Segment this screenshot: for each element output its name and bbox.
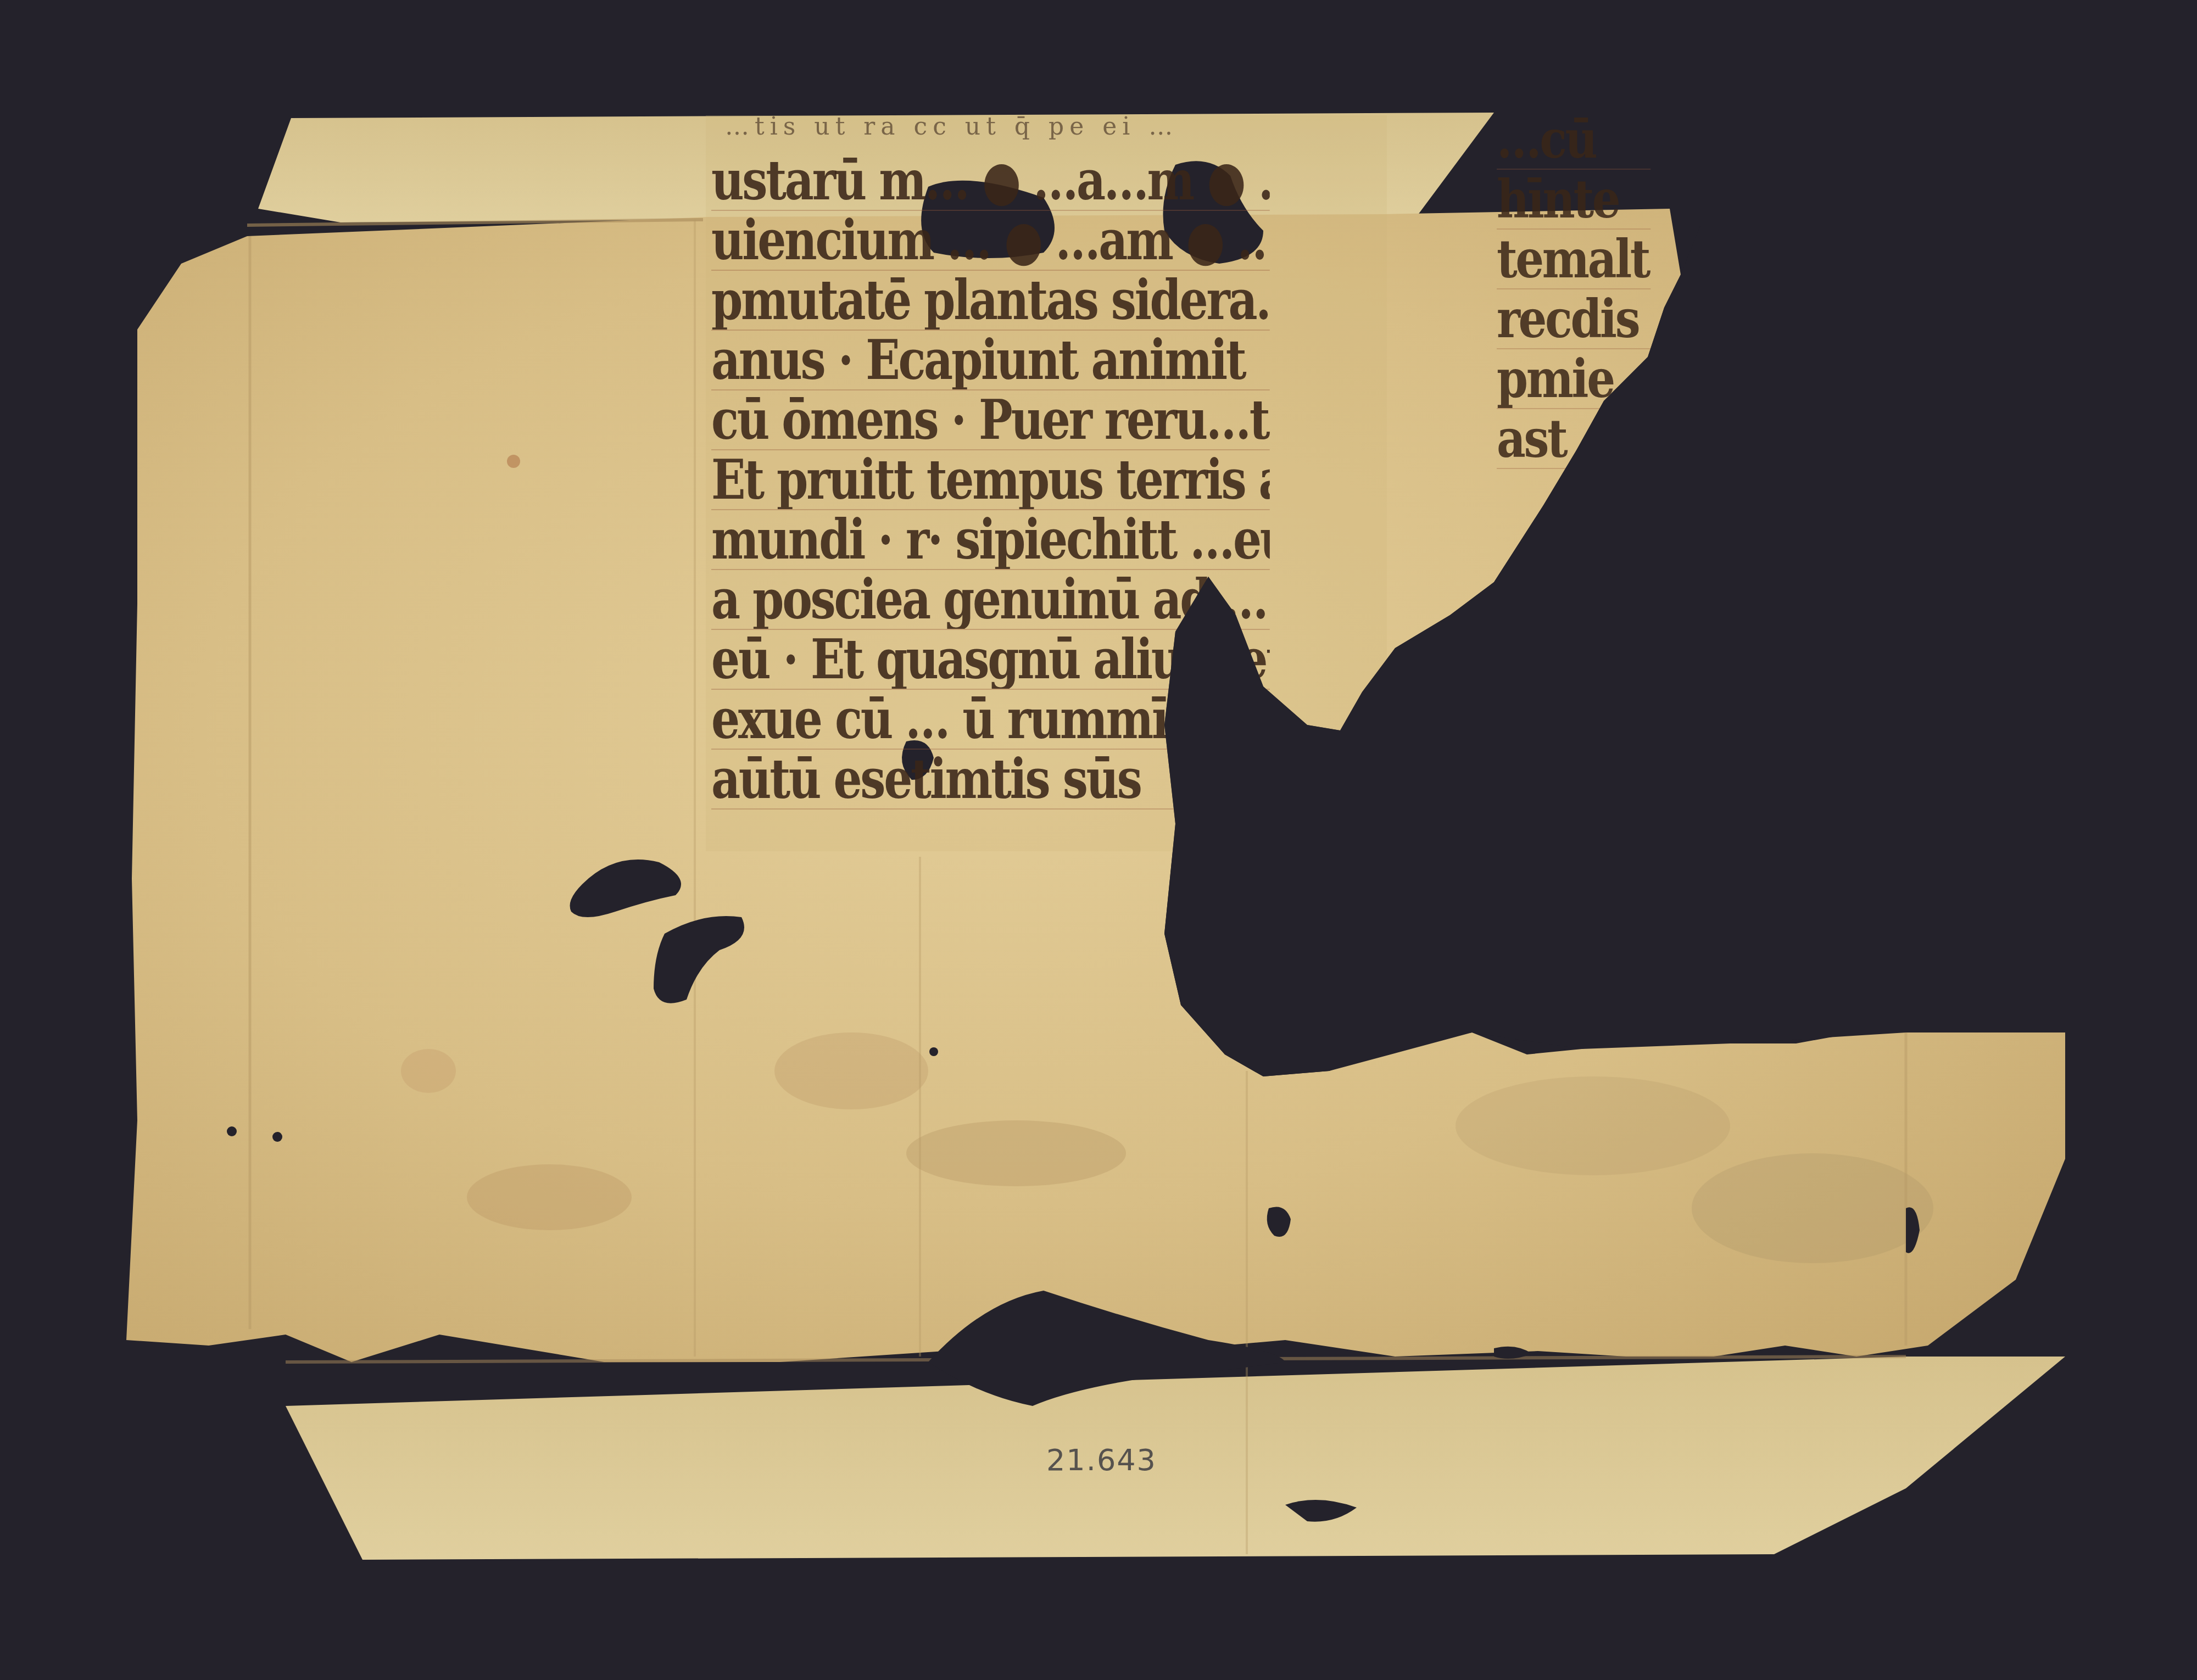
text-line: anus · Ecapiunt animit — [711, 331, 1270, 390]
text-line: hīnte — [1497, 170, 1651, 230]
text-line: Et pruitt tempus terris a — [711, 450, 1270, 510]
text-line: ast — [1497, 409, 1651, 469]
text-column-a: ustarū m… ● …a…m ● …mal uiencium … ● …am… — [711, 113, 1270, 810]
text-line: mundi · r· sipiechitt …eu — [711, 510, 1270, 570]
text-line: uiencium … ● …am ● …nt. — [711, 211, 1270, 271]
text-line: eū · Et quasgnū aliu… et. — [711, 630, 1270, 690]
text-line: temalt — [1497, 230, 1651, 289]
manuscript-photo: …tis ut ra cc ut q̄ pe ei … ustarū m… ● … — [0, 0, 2197, 1680]
text-line: …cū — [1497, 110, 1651, 170]
text-line: cū ōmens · Puer reru…tas — [711, 390, 1270, 450]
text-line: recdis — [1497, 289, 1651, 349]
text-line: exue cū … ū rummī … — [711, 690, 1270, 750]
text-line: ustarū m… ● …a…m ● …mal — [711, 151, 1270, 211]
text-line: a posciea genuinū ad … mit — [711, 570, 1270, 630]
text-line: pmie — [1497, 349, 1651, 409]
text-column-b: …cū hīnte temalt recdis pmie ast — [1497, 110, 1651, 469]
text-line: aūtū esetimtis sūs — [711, 750, 1270, 810]
shelfmark-pencil-note: 21.643 — [1046, 1443, 1157, 1477]
bottom-flap — [286, 1357, 2065, 1560]
text-line: pmutatē plantas sidera. — [711, 271, 1270, 331]
